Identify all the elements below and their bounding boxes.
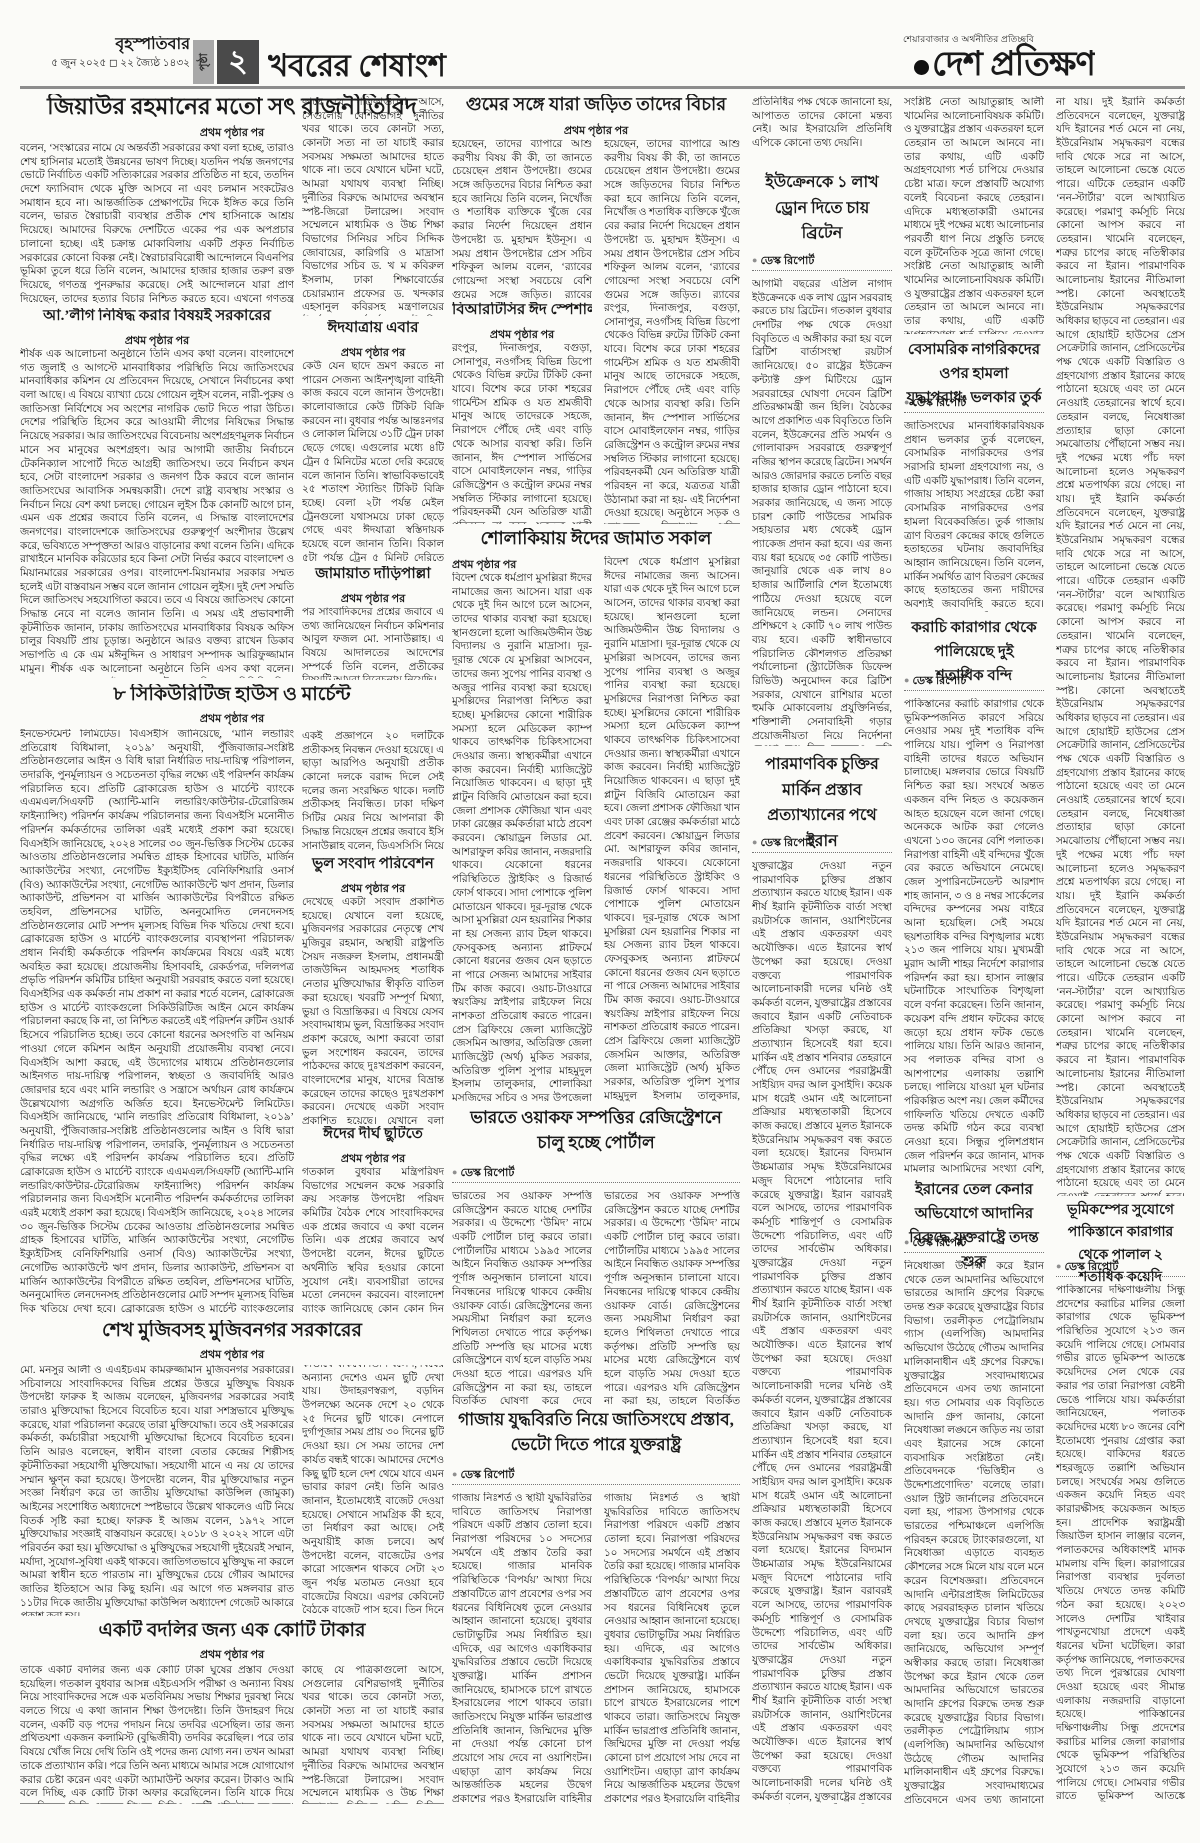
article-eid-travel-headline: ঈদযাত্রায় এবার [302, 320, 444, 337]
bullet-icon: ● [452, 1167, 457, 1177]
continued-tag: প্রথম পৃষ্ঠার পর [20, 710, 444, 729]
dotted-rule [452, 1484, 740, 1485]
article-gum-body: হয়েছেন, তাদের ব্যাপারে আশু করণীয় বিষয়… [452, 138, 592, 300]
article-bribe-body-2: কাছে যে পত্রিকাগুলো আসে, সেগুলোর বেশিরভা… [302, 1664, 444, 1804]
article-ukraine-drone-body: আগামী বছরের এপ্রিল নাগাদ ইউক্রেনকে এক লা… [752, 278, 892, 746]
desk-report-byline: ● ডেস্ক রিপোর্ট [1056, 1258, 1185, 1277]
article-volker-body: জাতিসংঘের মানবাধিকারবিষয়ক প্রধান ভলকার … [904, 420, 1044, 612]
dotted-rule [1056, 1276, 1185, 1277]
article-jamaat-body-2: একই প্রজ্ঞাপনে ২০ দলটিকে প্রতীকসহ নিবন্ধ… [302, 730, 444, 852]
article-iran-deal-body: যুক্তরাষ্ট্রের দেওয়া নতুন পারমাণবিক চুক… [752, 860, 892, 1804]
article-eid-holiday-body-2: কীভাবে থাকবে। তিনি বলেন, বিশ্বের অন্যান্… [302, 1358, 444, 1616]
continuation-block: প্রতিনিধির পক্ষ থেকে জানানো হয়, আপাতত ত… [752, 96, 892, 168]
continued-tag: প্রথম পৃষ্ঠার পর [20, 1346, 444, 1365]
dotted-rule [904, 690, 1044, 691]
page-label-box: পৃষ্ঠা [193, 40, 214, 84]
masthead-logo-icon [914, 60, 929, 75]
article-jamaat-body: পর সাংবাদিকদের প্রশ্নের জবাবে এ তথ্য জান… [302, 606, 444, 680]
article-waqf-body: ভারতের সব ওয়াকফ সম্পত্তি রেজিস্ট্রেশন ক… [452, 1190, 592, 1406]
article-gaza-body-2: গাজায় নিঃশর্ত ও স্থায়ী যুদ্ধবিরতির দাব… [604, 1492, 740, 1804]
article-waqf-headline: ভারতে ওয়াকফ সম্পত্তির রেজিস্ট্রেশনে চাল… [452, 1106, 740, 1155]
continuation-block: না যায়। দুই ইরানি কর্মকর্তা প্রতিবেদনে … [1056, 96, 1185, 1196]
article-ziaur-body: বলেন, ‘সংস্কারের নামে যে অন্তর্বর্তী সরক… [20, 142, 294, 304]
desk-report-byline: ● ডেস্ক রিপোর্ট [904, 672, 1044, 691]
bullet-icon: ● [904, 397, 909, 407]
article-al-ban-headline: আ.’লীগ নিষিদ্ধ করার বিষয়ই সরকারের [20, 308, 294, 325]
date-line: ৫ জুন ২০২৫ ◻ ২২ জ্যৈষ্ঠ ১৪৩২ [28, 56, 190, 73]
article-eid-holiday-headline: ঈদের দীর্ঘ ছুটিতে [302, 1126, 444, 1143]
bullet-icon: ● [452, 1469, 457, 1479]
page-number: ২ [217, 40, 259, 84]
article-securities-body: ইনভেস্টমেন্ট লিমিটেড। বিএসইসি জানিয়েছে,… [20, 728, 294, 1316]
article-wrong-news-headline: ভুল সংবাদ পরিবেশন [302, 856, 444, 873]
article-bribe-body: তাকে একটি বদলির জন্য এক কোটি টাকা ঘুষের … [20, 1664, 294, 1804]
desk-report-byline: ● ডেস্ক রিপোর্ট [904, 1234, 1044, 1253]
article-gum-headline: গুমের সঙ্গে যারা জড়িত তাদের বিচার [452, 94, 740, 116]
article-adani-body: নিষেধাজ্ঞা উপেক্ষা করে ইরান থেকে তেল আমদ… [904, 1260, 1044, 1804]
dotted-rule [752, 852, 892, 853]
dotted-rule [452, 1182, 740, 1183]
article-mujibnagar-headline: শেখ মুজিবসহ মুজিবনগর সরকারের [20, 1320, 444, 1343]
article-sholakia-body: বিদেশ থেকে ধর্মপ্রাণ মুসল্লিরা ঈদের নামা… [452, 572, 592, 1102]
article-brtc-headline: বিআরটিসির ঈদ স্পেশাল [452, 302, 592, 319]
desk-report-byline: ● ডেস্ক রিপোর্ট [904, 394, 1044, 413]
desk-report-byline: ● ডেস্ক রিপোর্ট [452, 1466, 740, 1485]
bullet-icon: ● [1056, 1261, 1061, 1271]
article-ukraine-drone-headline: ইউক্রেনকে ১ লাখ ড্রোন দিতে চায় ব্রিটেন [752, 170, 892, 247]
article-sholakia-headline: শোলাকিয়ায় ঈদের জামাত সকাল [452, 528, 740, 550]
article-securities-headline: ৮ সিকিউরিটিজ হাউস ও মার্চেন্ট [20, 684, 444, 707]
dotted-rule [752, 270, 892, 271]
article-al-ban-body: শীর্ষক এক আলোচনা অনুষ্ঠানে তিনি এসব কথা … [20, 348, 294, 678]
bullet-icon: ● [904, 675, 909, 685]
article-waqf-body-2: ভারতের সব ওয়াকফ সম্পত্তি রেজিস্ট্রেশন ক… [604, 1190, 740, 1406]
weekday-label: বৃহস্পতিবার [28, 36, 190, 54]
article-brtc-body: রংপুর, দিনাজপুর, বগুড়া, সোনাপুর, নওগাঁস… [452, 342, 592, 524]
article-sholakia-body-2: বিদেশ থেকে ধর্মপ্রাণ মুসল্লিরা ঈদের নামা… [604, 556, 740, 1102]
masthead: শেয়ারবাজার ও অর্থনীতির প্রতিচ্ছবি দেশ প… [845, 32, 1095, 83]
bullet-icon: ● [904, 1237, 909, 1247]
article-jamaat-headline: জামায়াত দাঁড়িপাল্লা [302, 566, 444, 583]
header-rule [20, 86, 1185, 89]
article-gum-body-2: হয়েছেন, তাদের ব্যাপারে আশু করণীয় বিষয়… [604, 138, 740, 300]
continued-tag: প্রথম পৃষ্ঠার পর [20, 1646, 444, 1665]
dotted-rule [904, 1252, 1044, 1253]
desk-report-byline: ● ডেস্ক রিপোর্ট [752, 252, 892, 271]
dotted-rule [904, 412, 1044, 413]
article-mujibnagar-body: মো. মনসুর আলী ও এএইচএম কামরুজ্জামান মুজি… [20, 1364, 294, 1616]
masthead-name: দেশ প্রতিক্ষণ [845, 47, 1095, 83]
article-brtc-body-2: রংপুর, দিনাজপুর, বগুড়া, সোনাপুর, নওগাঁস… [604, 302, 740, 524]
article-eid-holiday-body: গতকাল বুধবার মন্ত্রিপরিষদ বিভাগের সম্মেল… [302, 1166, 444, 1316]
continuation-block: কাছে যে পত্রিকাগুলো আসে, সেগুলোর বেশিরভা… [302, 96, 444, 316]
bullet-icon: ● [752, 255, 757, 265]
article-quake-body: পাকিস্তানের দক্ষিণাঞ্চলীয় সিন্ধু প্রদেশ… [1056, 1284, 1185, 1804]
bullet-icon: ● [752, 837, 757, 847]
article-eid-travel-body: কেউ যেন ছাদে ভ্রমণ করতে না পারেন সেজন্য … [302, 360, 444, 562]
article-gaza-body: গাজায় নিঃশর্ত ও স্থায়ী যুদ্ধবিরতির দাব… [452, 1492, 592, 1804]
continuation-block: সংশ্লিষ্ট নেতা আয়াতুল্লাহ আলী খামেনির আ… [904, 96, 1044, 334]
article-bribe-headline: একটি বদলির জন্য এক কোটি টাকার [20, 1620, 444, 1643]
article-wrong-news-body: দেখেছে একটা সংবাদ প্রকাশিত হয়েছে। যেখান… [302, 896, 444, 1124]
article-gaza-headline: গাজায় যুদ্ধবিরতি নিয়ে জাতিসংঘে প্রস্তা… [452, 1408, 740, 1457]
desk-report-byline: ● ডেস্ক রিপোর্ট [752, 834, 892, 853]
desk-report-byline: ● ডেস্ক রিপোর্ট [452, 1164, 740, 1183]
header-date-block: বৃহস্পতিবার ৫ জুন ২০২৫ ◻ ২২ জ্যৈষ্ঠ ১৪৩২ [28, 36, 190, 73]
newspaper-page: বৃহস্পতিবার ৫ জুন ২০২৫ ◻ ২২ জ্যৈষ্ঠ ১৪৩২… [0, 0, 1200, 1843]
article-karachi-body: পাকিস্তানের করাচি কারাগার থেকে ভূমিকম্পজ… [904, 698, 1044, 1174]
